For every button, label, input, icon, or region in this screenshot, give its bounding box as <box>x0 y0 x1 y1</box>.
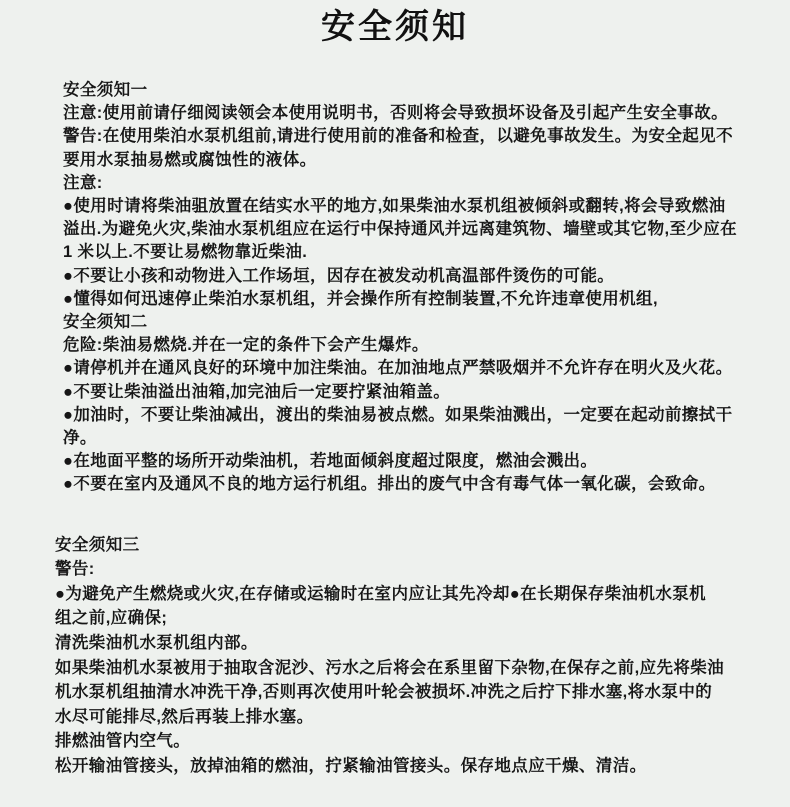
safety-notice-section-three: 安全须知三警告:●为避免产生燃烧或火灾,在存储或运输时在室内应让其先冷却●在长期… <box>55 533 750 779</box>
text-line: 要用水泵抽易燃或腐蚀性的液体。 <box>63 149 750 172</box>
text-line: ●不要在室内及通风不良的地方运行机组。排出的废气中含有毒气体一氧化碳，会致命。 <box>63 473 750 496</box>
text-line: ●不要让小孩和动物进入工作场垣，因存在被发动机高温部件烫伤的可能。 <box>63 265 750 288</box>
text-line: 净。 <box>63 427 750 450</box>
text-line: 排燃油管内空气。 <box>55 729 750 754</box>
text-line: 危险:柴油易燃烧.并在一定的条件下会产生爆炸。 <box>63 334 750 357</box>
text-line: 松开输油管接头，放掉油箱的燃油，拧紧输油管接头。保存地点应干燥、清洁。 <box>55 754 750 779</box>
text-line: ●在地面平整的场所开动柴油机，若地面倾斜度超过限度，燃油会溅出。 <box>63 450 750 473</box>
text-line: 机水泵机组抽清水冲洗干净,否则再次使用叶轮会被损坏.冲洗之后拧下排水塞,将水泵中… <box>55 680 750 705</box>
text-line: 水尽可能排尽,然后再装上排水塞。 <box>55 705 750 730</box>
page-title: 安全须知 <box>0 6 790 48</box>
text-line: 溢出.为避免火灾,柴油水泵机组应在运行中保持通风并远离建筑物、墙壁或其它物,至少… <box>63 218 750 241</box>
text-line: 安全须知三 <box>55 533 750 558</box>
text-line: 注意:使用前请仔细阅读领会本使用说明书，否则将会导致损坏设备及引起产生安全事故。 <box>63 102 750 125</box>
text-line: 安全须知二 <box>63 311 750 334</box>
text-line: 清洗柴油机水泵机组内部。 <box>55 631 750 656</box>
text-line: 警告:在使用柴泊水泵机组前,请进行使用前的准备和检查，以避免事故发生。为安全起见… <box>63 125 750 148</box>
text-line: ●为避免产生燃烧或火灾,在存储或运输时在室内应让其先冷却●在长期保存柴油机水泵机 <box>55 582 750 607</box>
text-line: ●请停机并在通风良好的环境中加注柴油。在加油地点严禁吸烟并不允许存在明火及火花。 <box>63 357 750 380</box>
text-line: 如果柴油机水泵被用于抽取含泥沙、污水之后将会在系里留下杂物,在保存之前,应先将柴… <box>55 656 750 681</box>
text-line: 组之前,应确保; <box>55 606 750 631</box>
text-line: ●不要让柴油溢出油箱,加完油后一定要拧紧油箱盖。 <box>63 381 750 404</box>
text-line: ●使用时请将柴油驵放置在结实水平的地方,如果柴油水泵机组被倾斜或翻转,将会导致燃… <box>63 195 750 218</box>
safety-notice-section-one-two: 安全须知一注意:使用前请仔细阅读领会本使用说明书，否则将会导致损坏设备及引起产生… <box>63 79 750 497</box>
text-line: 1 米以上.不要让易燃物靠近柴油. <box>63 241 750 264</box>
text-line: ●懂得如何迅速停止柴泊水泵机组，并会操作所有控制装置,不允许违章使用机组, <box>63 288 750 311</box>
text-line: 注意: <box>63 172 750 195</box>
document-page: 安全须知 安全须知一注意:使用前请仔细阅读领会本使用说明书，否则将会导致损坏设备… <box>0 0 790 807</box>
text-line: ●加油时，不要让柴油减出，渡出的柴油易被点燃。如果柴油溅出，一定要在起动前擦拭干 <box>63 404 750 427</box>
text-line: 警告: <box>55 557 750 582</box>
text-line: 安全须知一 <box>63 79 750 102</box>
